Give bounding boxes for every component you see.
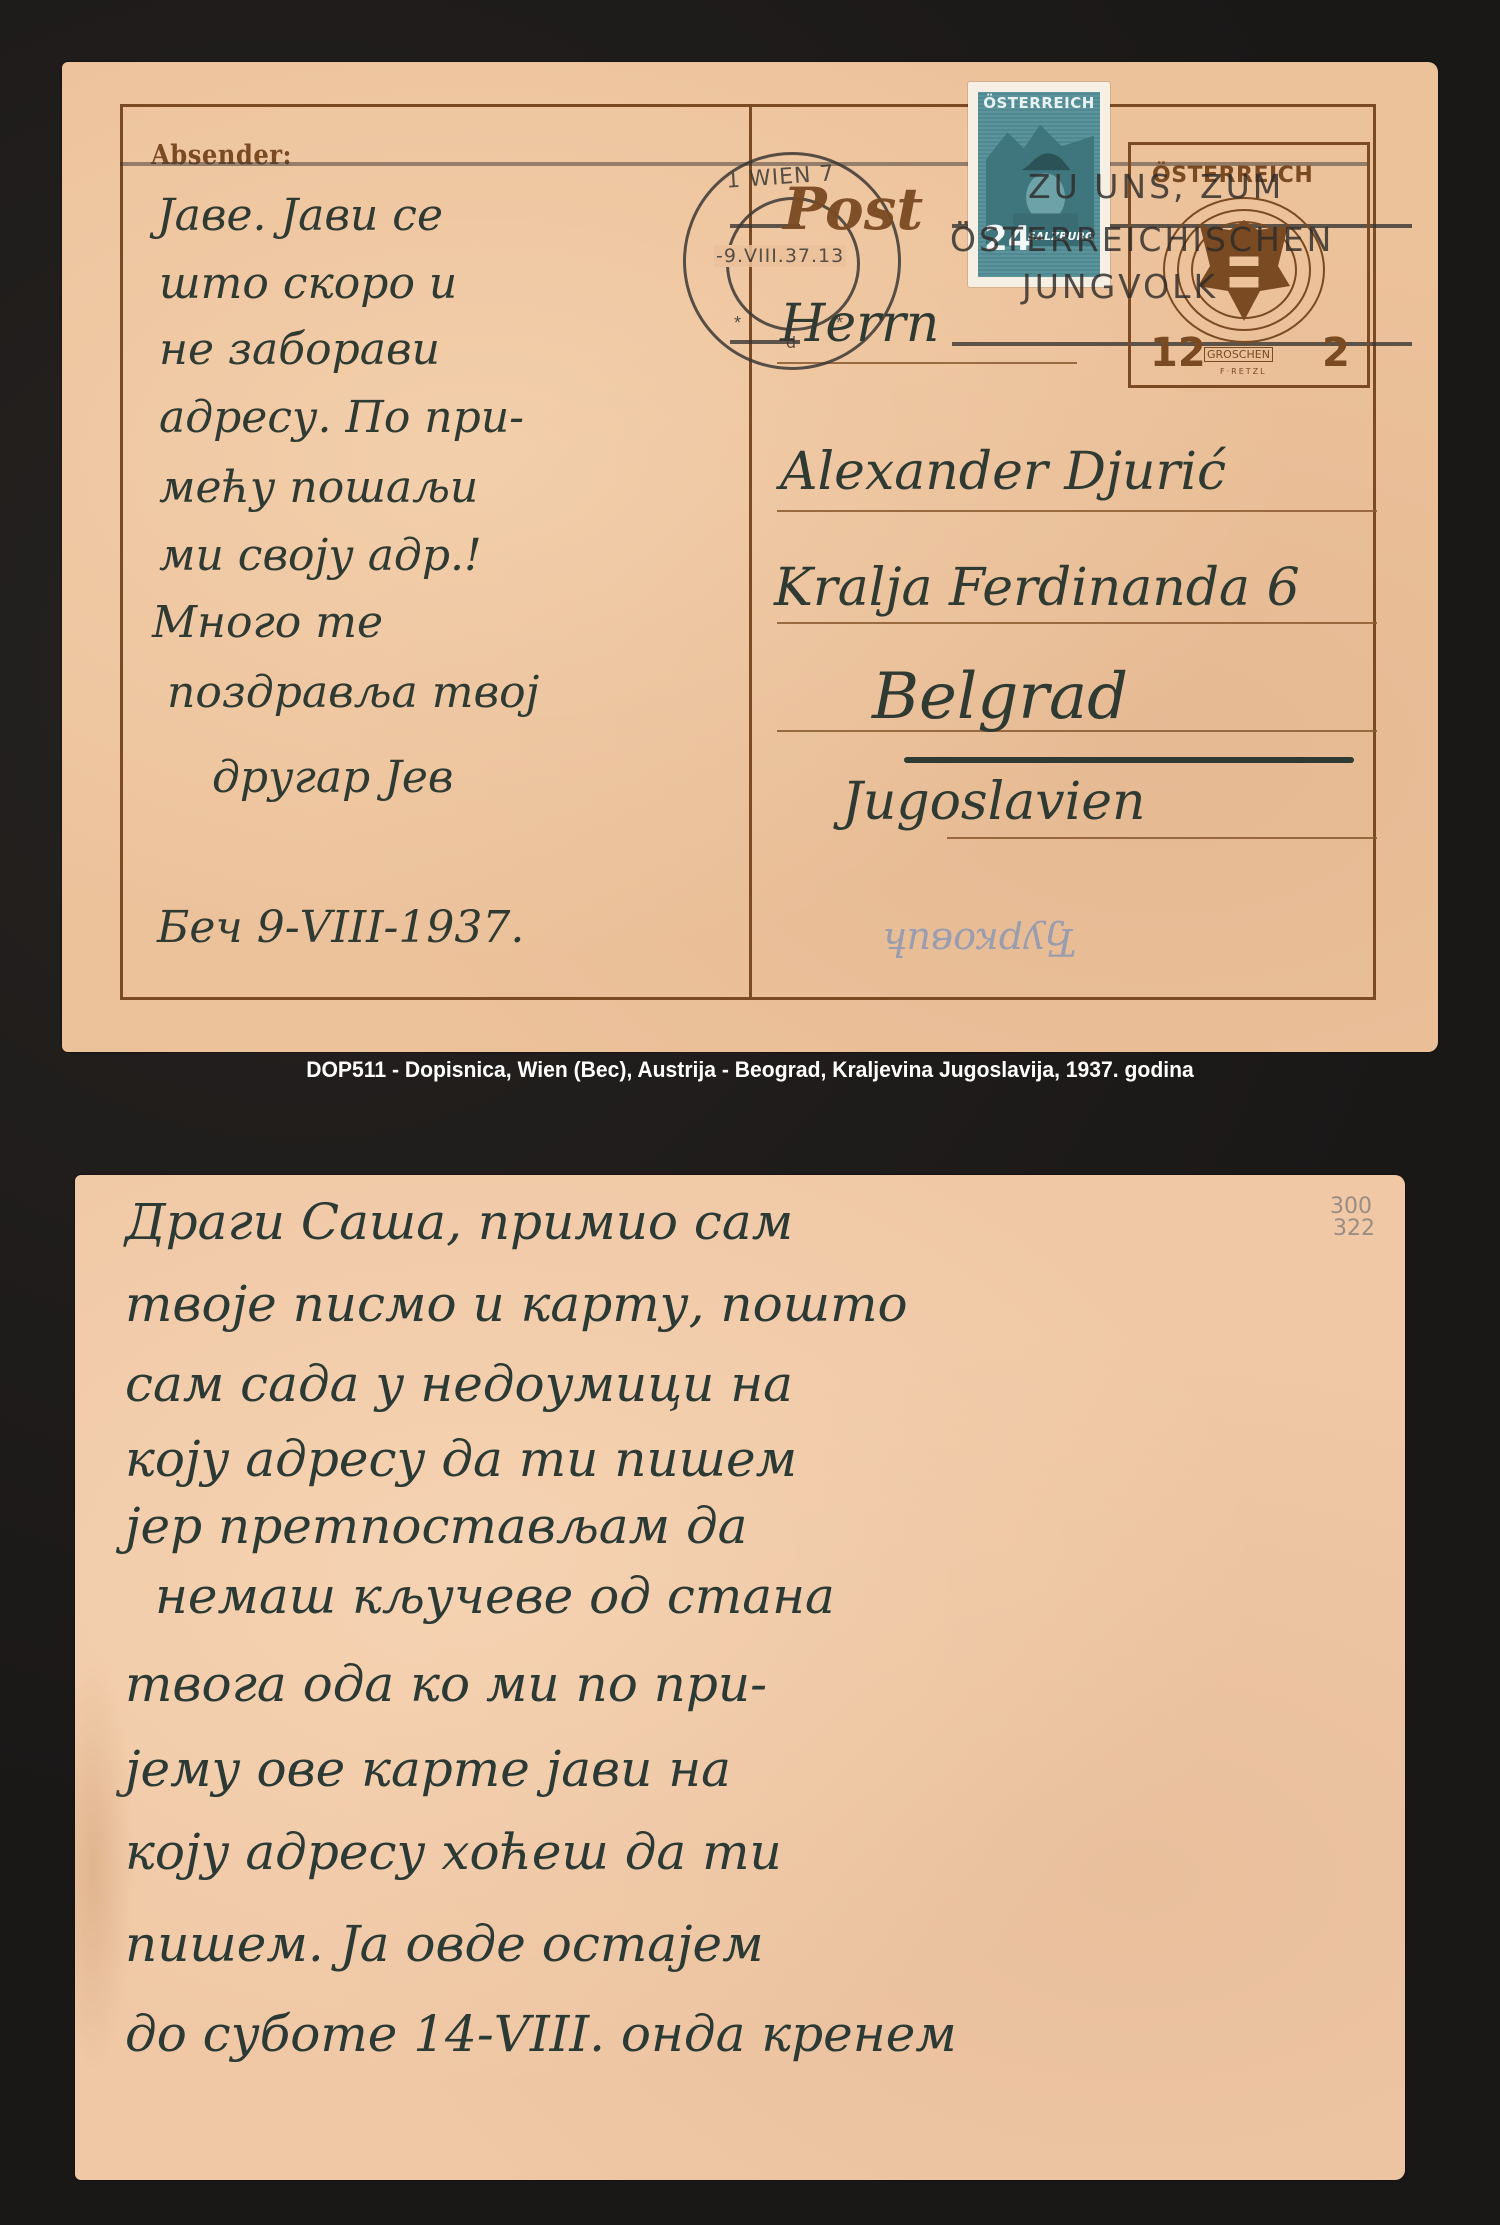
postmark-code: d — [786, 333, 796, 352]
message-line: Много те — [152, 597, 383, 648]
pencil-note: Ђурковић — [882, 920, 1075, 964]
message-line: твога ода ко ми по при- — [125, 1655, 767, 1713]
city-underline — [904, 757, 1354, 763]
message-line: мећу пошаљи — [159, 462, 478, 513]
address-country: Jugoslavien — [842, 772, 1146, 832]
message-line: другар Јев — [212, 752, 453, 803]
message-line: јер претпостављам да — [125, 1497, 747, 1555]
message-line: коју адресу хоћеш да ти — [125, 1823, 782, 1881]
message-line: поздравља твој — [167, 667, 539, 718]
slogan-cancel-line: ÖSTERREICHISCHEN — [950, 220, 1334, 259]
slogan-cancel-line: JUNGVOLK — [1022, 267, 1218, 306]
stamp-country: ÖSTERREICH — [978, 94, 1100, 112]
message-line: не заборави — [159, 324, 440, 375]
message-line: јему ове карте јави на — [125, 1740, 731, 1798]
postmark-date: -9.VIII.37.13 — [714, 245, 846, 267]
address-street: Kralja Ferdinanda 6 — [774, 558, 1300, 618]
postmark-star-icon: * — [836, 313, 843, 334]
indicium-currency: GROSCHEN — [1204, 347, 1273, 362]
image-caption: DOP511 - Dopisnica, Wien (Bec), Austrija… — [30, 1057, 1470, 1083]
slogan-cancel-line: ZU UNS, ZUM — [1028, 167, 1284, 206]
message-line: немаш кључеве од стана — [155, 1567, 835, 1625]
address-rule — [777, 510, 1377, 512]
message-line: твоје писмо и карту, пошто — [125, 1275, 908, 1333]
pencil-number: 322 — [1333, 1217, 1375, 1241]
postcard-back: 300 322 Драги Саша, примио сам твоје пис… — [75, 1175, 1405, 2180]
address-rule — [777, 622, 1377, 624]
indicium-value-left: 12 — [1150, 330, 1206, 376]
message-line: сам сада у недоумици на — [125, 1355, 793, 1413]
message-line: адресу. По при- — [159, 392, 524, 443]
address-name: Alexander Djurić — [780, 442, 1226, 502]
message-line: пишем. Ја овде остајем — [125, 1915, 764, 1973]
postcard-front: Absender: Јаве. Јави се што скоро и не з… — [62, 62, 1438, 1052]
water-stain — [75, 1655, 135, 2075]
message-line: ми своју адр.! — [159, 530, 482, 581]
indicium-value-right: 2 — [1322, 330, 1350, 376]
message-line: до суботе 14-VIII. онда кренем — [125, 2005, 957, 2063]
message-line: коју адресу да ти пишем — [125, 1430, 797, 1488]
posta-overprint: Post — [783, 175, 923, 243]
message-line: Јаве. Јави се — [157, 190, 443, 241]
indicium-artist: F·RETZL — [1220, 367, 1267, 376]
address-city: Belgrad — [872, 660, 1128, 734]
message-line: што скоро и — [159, 258, 457, 309]
postmark-star-icon: * — [734, 313, 741, 334]
address-rule — [947, 837, 1377, 839]
sender-label: Absender: — [151, 140, 292, 171]
message-line: Драги Саша, примио сам — [125, 1193, 793, 1251]
date-line: Беч 9-VIII-1937. — [157, 902, 524, 953]
